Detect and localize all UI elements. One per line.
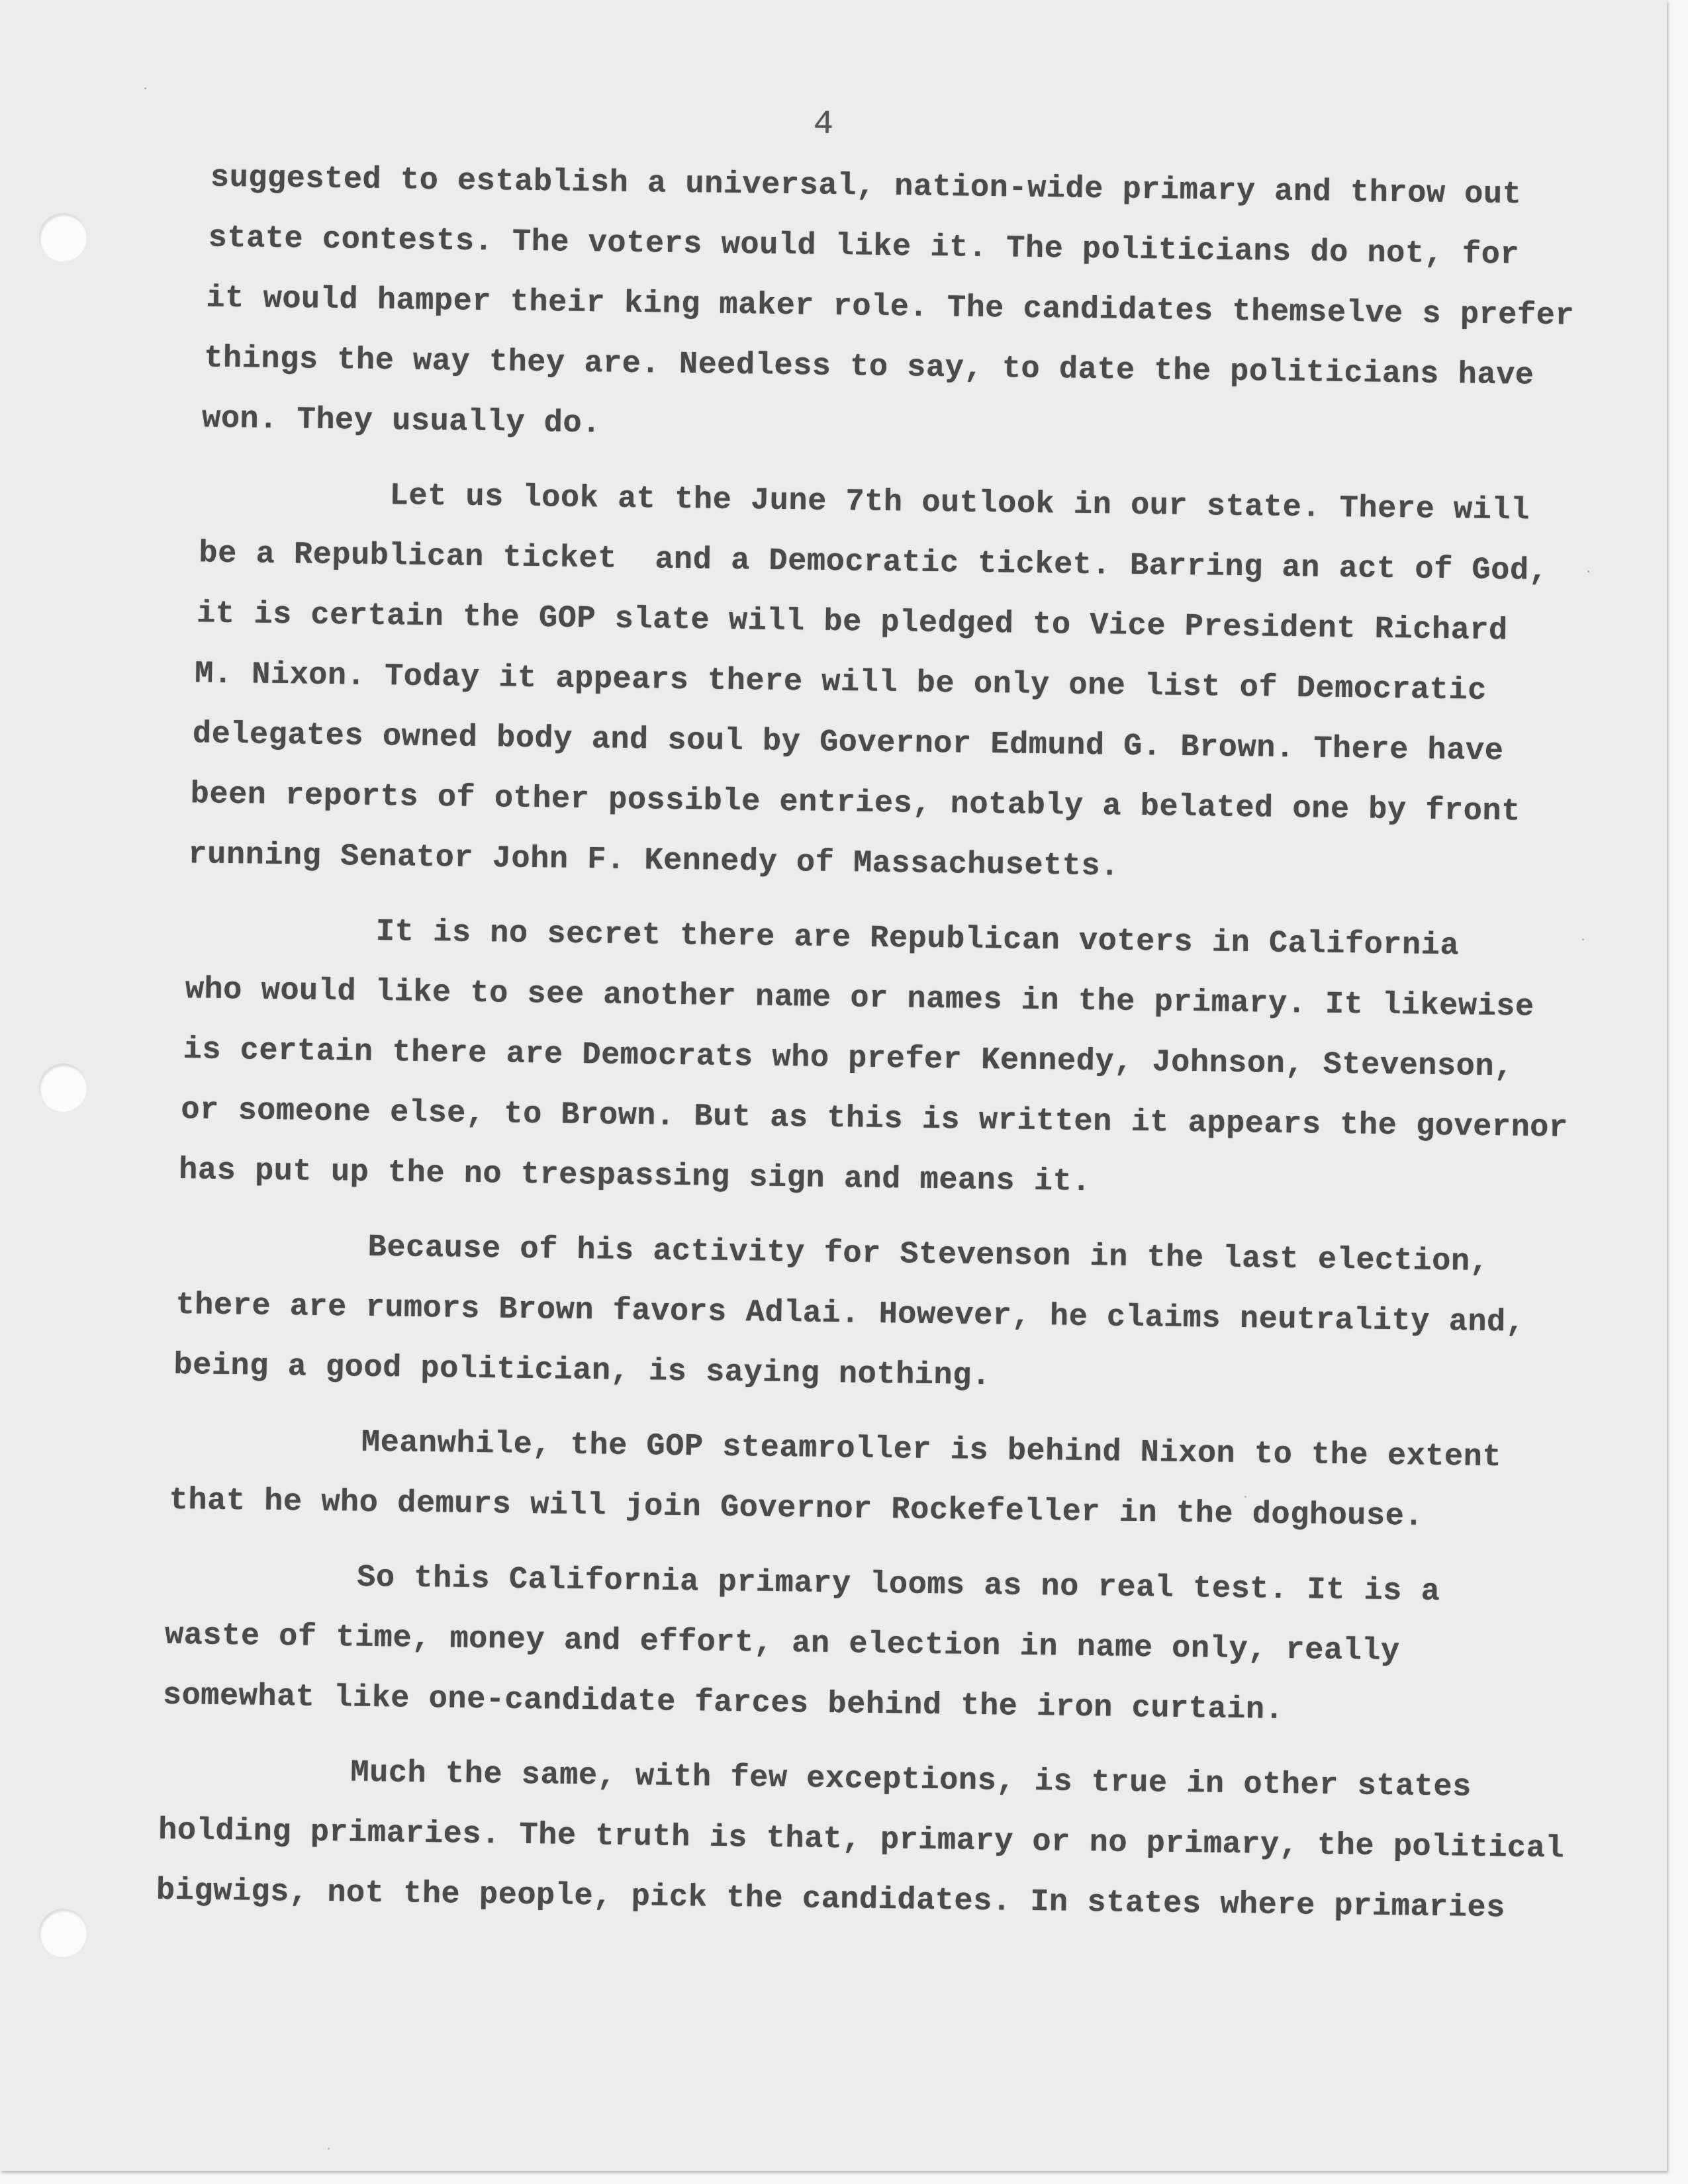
- text-line: state contests. The voters would like it…: [208, 219, 1519, 276]
- text-line: holding primaries. The truth is that, pr…: [158, 1811, 1565, 1870]
- page-number: 4: [814, 105, 834, 143]
- text-line: waste of time, money and effort, an elec…: [165, 1616, 1400, 1672]
- text-line: bigwigs, not the people, pick the candid…: [156, 1872, 1506, 1929]
- text-line: won. They usually do.: [202, 399, 602, 444]
- text-line: it would hamper their king maker role. T…: [206, 279, 1574, 336]
- text-line: being a good politician, is saying nothi…: [173, 1346, 991, 1396]
- text-line: there are rumors Brown favors Adlai. How…: [175, 1286, 1525, 1343]
- text-line: is certain there are Democrats who prefe…: [183, 1030, 1513, 1087]
- page-body: 4 suggested to establish a universal, na…: [0, 0, 1681, 2181]
- text-line: who would like to see another name or na…: [185, 970, 1534, 1028]
- text-line: delegates owned body and soul by Governo…: [192, 715, 1503, 772]
- text-line: or someone else, to Brown. But as this i…: [181, 1091, 1568, 1148]
- text-line: M. Nixon. Today it appears there will be…: [195, 655, 1487, 711]
- text-line: Much the same, with few exceptions, is t…: [160, 1751, 1472, 1808]
- text-line: things the way they are. Needless to say…: [204, 339, 1534, 396]
- text-line: Because of his activity for Stevenson in…: [177, 1226, 1489, 1283]
- text-line: So this California primary looms as no r…: [167, 1556, 1440, 1612]
- text-line: that he who demurs will join Governor Ro…: [169, 1481, 1423, 1537]
- text-line: been reports of other possible entries, …: [190, 775, 1521, 832]
- typewritten-page: 4 suggested to establish a universal, na…: [0, 0, 1667, 2171]
- text-line: it is certain the GOP slate will be pled…: [197, 594, 1508, 651]
- text-line: somewhat like one-candidate farces behin…: [162, 1676, 1284, 1731]
- text-line: running Senator John F. Kennedy of Massa…: [188, 835, 1119, 887]
- text-line: be a Republican ticket and a Democratic …: [199, 534, 1548, 592]
- text-line: Let us look at the June 7th outlook in o…: [199, 474, 1530, 531]
- text-line: Meanwhile, the GOP steamroller is behind…: [171, 1421, 1501, 1478]
- text-line: suggested to establish a universal, nati…: [210, 159, 1521, 216]
- text-line: has put up the no trespassing sign and m…: [179, 1151, 1091, 1203]
- text-line: It is no secret there are Republican vot…: [186, 910, 1460, 966]
